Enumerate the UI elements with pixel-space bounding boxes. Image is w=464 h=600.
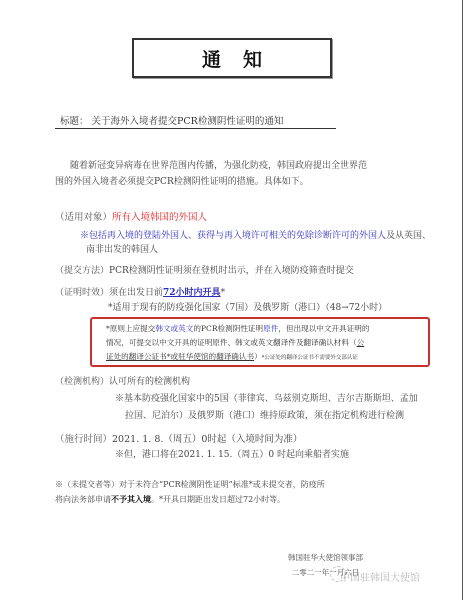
testing-body-note: ※基本防疫强化国家中的5国（菲律宾、乌兹别克斯坦、吉尔吉斯斯坦、孟加 拉国、尼泊… [115,391,418,425]
effective-note: ※但，港口将在2021. 1. 15.（周五）0 时起向乘船者实施 [115,448,349,462]
highlight-text: ，但出现以中文开具证明的 [278,324,369,333]
intro-line-2: 围的外国入境者必须提交PCR检测阴性证明的措施。具体如下。 [55,174,367,190]
highlight-line-1: *原则上应提交韩文或英文的PCR检测阴性证明原件，但出现以中文开具证明的 [106,322,422,336]
effective-label: （施行时间） [55,434,112,445]
validity-suffix: * [221,288,226,298]
penalty-text: 将向法务部申请 [55,495,111,504]
applicable-note-black: 及从英国、 [386,231,431,241]
intro-line-1: 随着新冠变异病毒在世界范围内传播，为强化防疫，韩国政府提出全世界范 [55,158,367,174]
intro-paragraph: 随着新冠变异病毒在世界范围内传播，为强化防疫，韩国政府提出全世界范 围的外国入境… [55,158,367,190]
penalty-text: 。*开具日期距出发日超过72小时等。 [151,495,285,504]
highlight-underlined: 证处的翻译公证书*或驻华使馆的翻译确认书 [106,352,254,361]
highlight-underlined: 公 [357,338,365,347]
effective-row: （施行时间）2021. 1. 8.（周五）0时起（入境时间为准） [55,431,302,445]
highlight-text: *原则上应提交 [106,324,155,333]
highlight-box: *原则上应提交韩文或英文的PCR检测阴性证明原件，但出现以中文开具证明的 情况，… [90,317,430,367]
submission-label: （提交方法） [55,266,109,276]
applicable-note-blue: ※包括再入境的登陆外国人、获得与再入境许可相关的免除诊断许可的外国人 [80,231,386,241]
submission-value: PCR检测阴性证明须在登机时出示，并在入境防疫筛查时提交 [109,266,354,276]
validity-72h-link[interactable]: 72小时内开具 [163,288,221,298]
highlight-line-3: 证处的翻译公证书*或驻华使馆的翻译确认书）*公证处的翻译公证书不需要外交部认证 [106,350,422,365]
testing-body-note-line1: ※基本防疫强化国家中的5国（菲律宾、乌兹别克斯坦、吉尔吉斯斯坦、孟加 [115,391,418,408]
applicable-row: （适用对象）所有入境韩国的外国人 [55,209,207,223]
validity-label: （证明时效） [55,288,109,298]
testing-body-row: （检测机构）认可所有的检测机构 [55,374,190,387]
highlight-text: ） [254,352,262,361]
penalty-line-1: ※（未提交者等）对于未符合“PCR检测阴性证明”标准*或未提交者，防疫所 [55,478,325,492]
submission-row: （提交方法）PCR检测阴性证明须在登机时出示，并在入境防疫筛查时提交 [55,263,354,276]
penalty-line-2: 将向法务部申请不予其入境。*开具日期距出发日超过72小时等。 [55,492,325,507]
watermark-text: 中国驻韩国大使馆 [340,569,420,584]
highlight-text: 情况，可提交以中文开具的证明原件、韩文或英文翻译件及翻译确认材料（ [106,338,357,347]
validity-row: （证明时效）须在出发日前72小时内开具* [55,285,225,298]
notice-heading-box: 通知 [132,38,332,78]
page-right-edge [462,0,463,600]
applicable-note: ※包括再入境的登陆外国人、获得与再入境许可相关的免除诊断许可的外国人及从英国、 … [80,229,431,257]
highlight-blue-original: 原件 [263,324,278,333]
penalty-bold-deny-entry: 不予其入境 [111,494,151,504]
validity-prefix: 须在出发日前 [109,288,163,298]
testing-body-label: （检测机构） [55,377,109,387]
signature-org: 韩国驻华大使馆领事部 [288,550,363,565]
highlight-footnote: *公证处的翻译公证书不需要外交部认证 [262,355,358,361]
notice-heading: 通知 [202,45,284,72]
notice-subject: 标题： 关于海外入境者提交PCR检测阴性证明的通知 [55,113,336,129]
highlight-text: 的PCR检测阴性证明 [193,324,263,333]
testing-body-value: 认可所有的检测机构 [109,377,190,387]
applicable-value: 所有入境韩国的外国人 [112,212,207,223]
applicable-label: （适用对象） [55,212,112,223]
testing-body-note-line2: 拉国、尼泊尔）及俄罗斯（港口）维持原政策，须在指定机构进行检测 [115,408,418,425]
highlight-blue-korean-english: 韩文或英文 [155,324,193,333]
validity-note: *适用于现有的防疫强化国家（7国）及俄罗斯（港口）（48→72小时） [108,301,387,315]
highlight-line-2: 情况，可提交以中文开具的证明原件、韩文或英文翻译件及翻译确认材料（公 [106,336,422,350]
penalty-note: ※（未提交者等）对于未符合“PCR检测阴性证明”标准*或未提交者，防疫所 将向法… [55,478,325,507]
applicable-note-line2: 南非出发的韩国人 [80,243,431,257]
effective-value: 2021. 1. 8.（周五）0时起（入境时间为准） [112,434,302,445]
